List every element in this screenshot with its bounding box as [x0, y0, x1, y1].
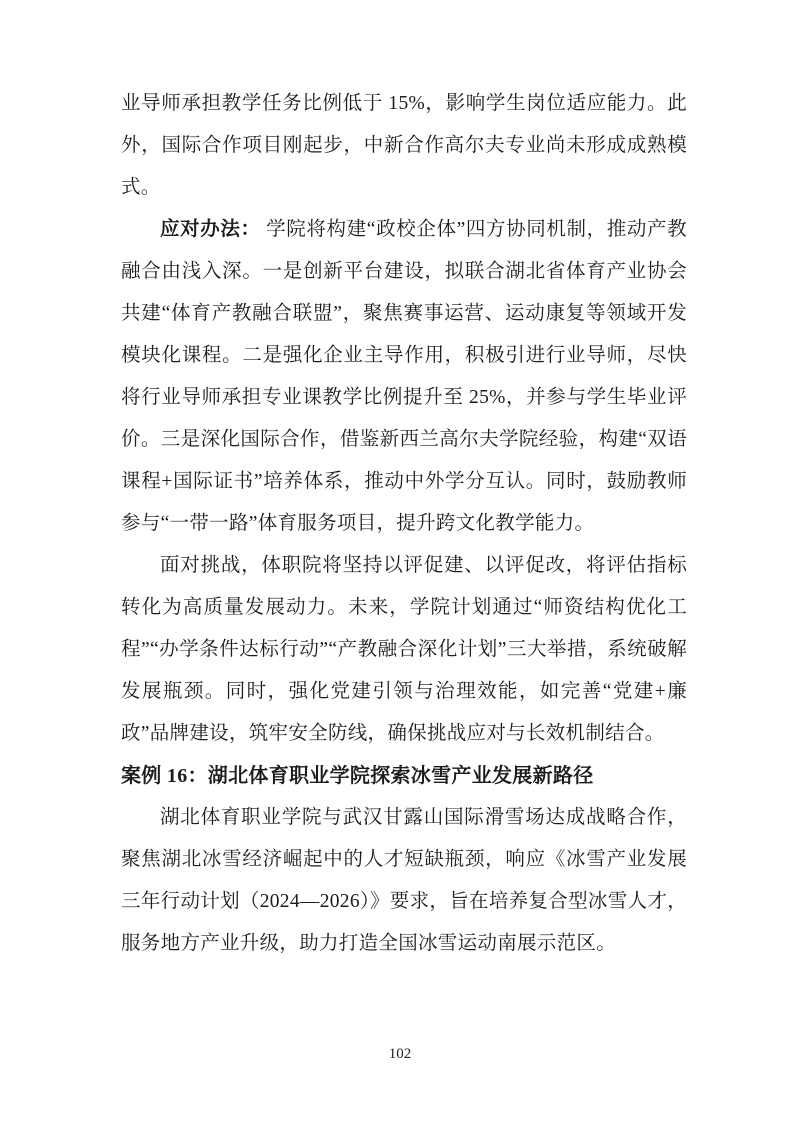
paragraph-response-measures: 应对办法： 学院将构建“政校企体”四方协同机制，推动产教融合由浅入深。一是创新平… — [121, 209, 687, 545]
paragraph-bold-lead: 应对办法： — [160, 219, 261, 240]
paragraph-text: 学院将构建“政校企体”四方协同机制，推动产教融合由浅入深。一是创新平台建设，拟联… — [121, 219, 687, 534]
paragraph-text: 湖北体育职业学院与武汉甘露山国际滑雪场达成战略合作，聚焦湖北冰雪经济崛起中的人才… — [121, 807, 687, 954]
document-page: 业导师承担教学任务比例低于 15%，影响学生岗位适应能力。此外，国际合作项目刚起… — [0, 0, 800, 1131]
page-number: 102 — [0, 1046, 800, 1063]
paragraph-continuation: 业导师承担教学任务比例低于 15%，影响学生岗位适应能力。此外，国际合作项目刚起… — [121, 83, 687, 209]
heading-text: 案例 16：湖北体育职业学院探索冰雪产业发展新路径 — [121, 765, 594, 787]
paragraph-text: 业导师承担教学任务比例低于 15%，影响学生岗位适应能力。此外，国际合作项目刚起… — [121, 93, 687, 198]
case-16-heading: 案例 16：湖北体育职业学院探索冰雪产业发展新路径 — [121, 755, 687, 797]
paragraph-text: 面对挑战，体职院将坚持以评促建、以评促改，将评估指标转化为高质量发展动力。未来，… — [121, 555, 687, 744]
page-body: 业导师承担教学任务比例低于 15%，影响学生岗位适应能力。此外，国际合作项目刚起… — [121, 83, 687, 965]
paragraph-case-16-intro: 湖北体育职业学院与武汉甘露山国际滑雪场达成战略合作，聚焦湖北冰雪经济崛起中的人才… — [121, 797, 687, 965]
paragraph-facing-challenges: 面对挑战，体职院将坚持以评促建、以评促改，将评估指标转化为高质量发展动力。未来，… — [121, 545, 687, 755]
